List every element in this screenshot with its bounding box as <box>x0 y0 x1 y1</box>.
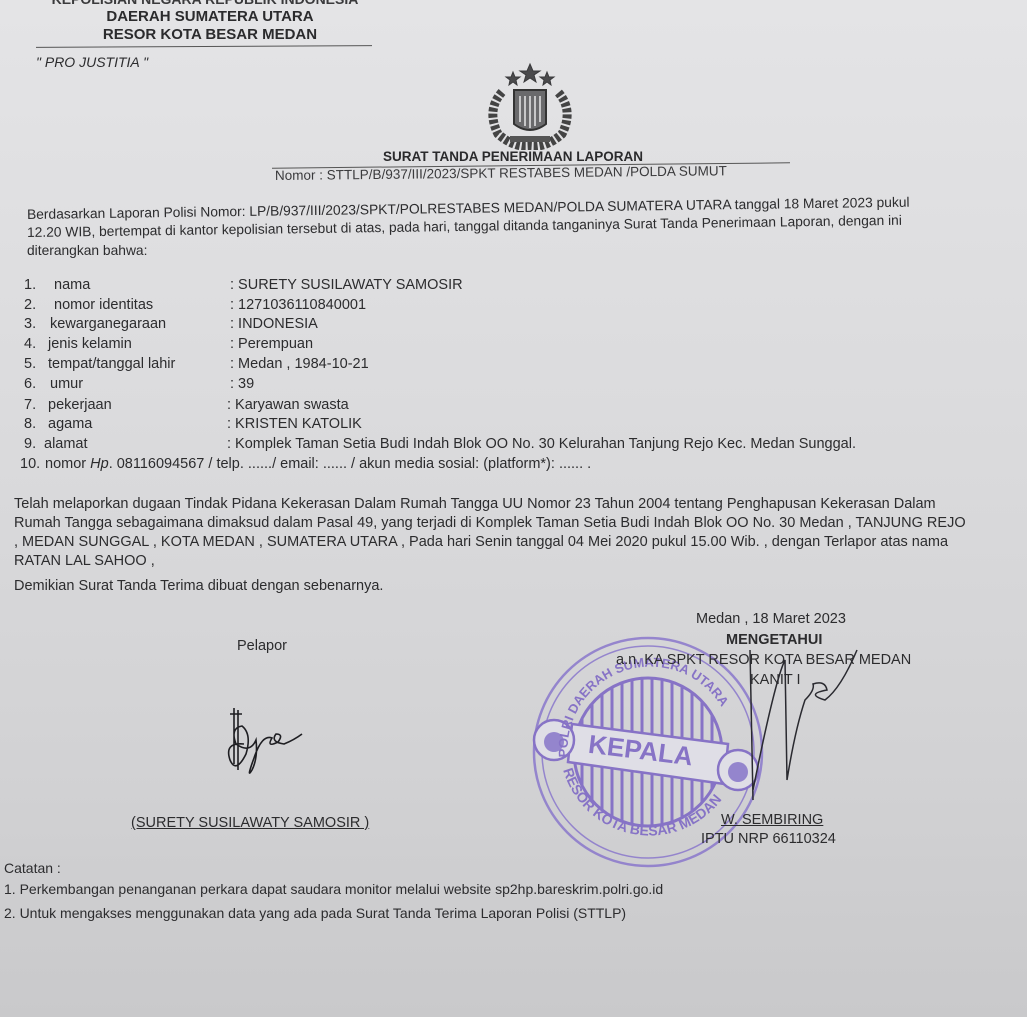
official-signature <box>745 640 885 800</box>
field-value: : Karyawan swasta <box>227 397 349 413</box>
official-rank-nrp: IPTU NRP 66110324 <box>701 831 836 847</box>
field-number: 2. <box>24 297 36 313</box>
report-line-2: Rumah Tangga sebagaimana dimaksud dalam … <box>14 515 966 531</box>
notes-item-1: 1. Perkembangan penanganan perkara dapat… <box>4 881 663 897</box>
field-label: jenis kelamin <box>48 336 132 352</box>
field-value: : 39 <box>230 376 254 392</box>
field-label: alamat <box>44 436 88 452</box>
field-label: kewarganegaraan <box>50 316 166 332</box>
field-number: 1. <box>24 277 36 293</box>
field-label: umur <box>50 376 83 392</box>
header-divider <box>36 45 372 48</box>
field-label: agama <box>48 416 92 432</box>
place-date: Medan , 18 Maret 2023 <box>696 611 846 627</box>
field-number: 9. <box>24 436 36 452</box>
reporter-label: Pelapor <box>237 638 287 654</box>
field-value: : SURETY SUSILAWATY SAMOSIR <box>230 277 463 293</box>
field-number: 7. <box>24 397 36 413</box>
field-value: : Perempuan <box>230 336 313 352</box>
field-label: nama <box>54 277 90 293</box>
report-line-3: , MEDAN SUNGGAL , KOTA MEDAN , SUMATERA … <box>14 534 948 550</box>
report-line-4: RATAN LAL SAHOO , <box>14 553 155 569</box>
field-label: tempat/tanggal lahir <box>48 356 175 372</box>
field-label: nomor <box>45 456 90 472</box>
intro-line-3: diterangkan bahwa: <box>27 243 147 258</box>
field-label: nomor identitas <box>54 297 153 313</box>
field-label-hp: Hp <box>90 456 109 472</box>
report-line-1: Telah melaporkan dugaan Tindak Pidana Ke… <box>14 496 936 512</box>
field-value: . 08116094567 / telp. ....../ email: ...… <box>109 456 592 472</box>
official-name: W. SEMBIRING <box>721 812 823 828</box>
agency-line-2: DAERAH SUMATERA UTARA <box>40 8 380 25</box>
field-value: : 1271036110840001 <box>230 297 366 313</box>
reporter-name: (SURETY SUSILAWATY SAMOSIR ) <box>131 815 369 831</box>
agency-line-1: KEPOLISIAN NEGARA REPUBLIK INDONESIA <box>40 0 370 7</box>
field-value: : INDONESIA <box>230 316 318 332</box>
field-number: 3. <box>24 316 36 332</box>
agency-line-3: RESOR KOTA BESAR MEDAN <box>40 26 380 43</box>
police-emblem-icon <box>480 62 580 150</box>
field-number: 5. <box>24 356 36 372</box>
notes-item-2: 2. Untuk mengakses menggunakan data yang… <box>4 905 626 921</box>
field-number: 10. <box>20 456 40 472</box>
field-value: : KRISTEN KATOLIK <box>227 416 362 432</box>
field-label: pekerjaan <box>48 397 112 413</box>
pro-justitia: " PRO JUSTITIA " <box>36 54 148 70</box>
notes-title: Catatan : <box>4 860 61 876</box>
reporter-signature <box>222 704 312 780</box>
field-number: 6. <box>24 376 36 392</box>
field-value: : Medan , 1984-10-21 <box>230 356 369 372</box>
field-value: : Komplek Taman Setia Budi Indah Blok OO… <box>227 436 856 452</box>
document-title: SURAT TANDA PENERIMAAN LAPORAN <box>383 149 643 164</box>
field-number: 8. <box>24 416 36 432</box>
closing-statement: Demikian Surat Tanda Terima dibuat denga… <box>14 578 383 594</box>
field-number: 4. <box>24 336 36 352</box>
